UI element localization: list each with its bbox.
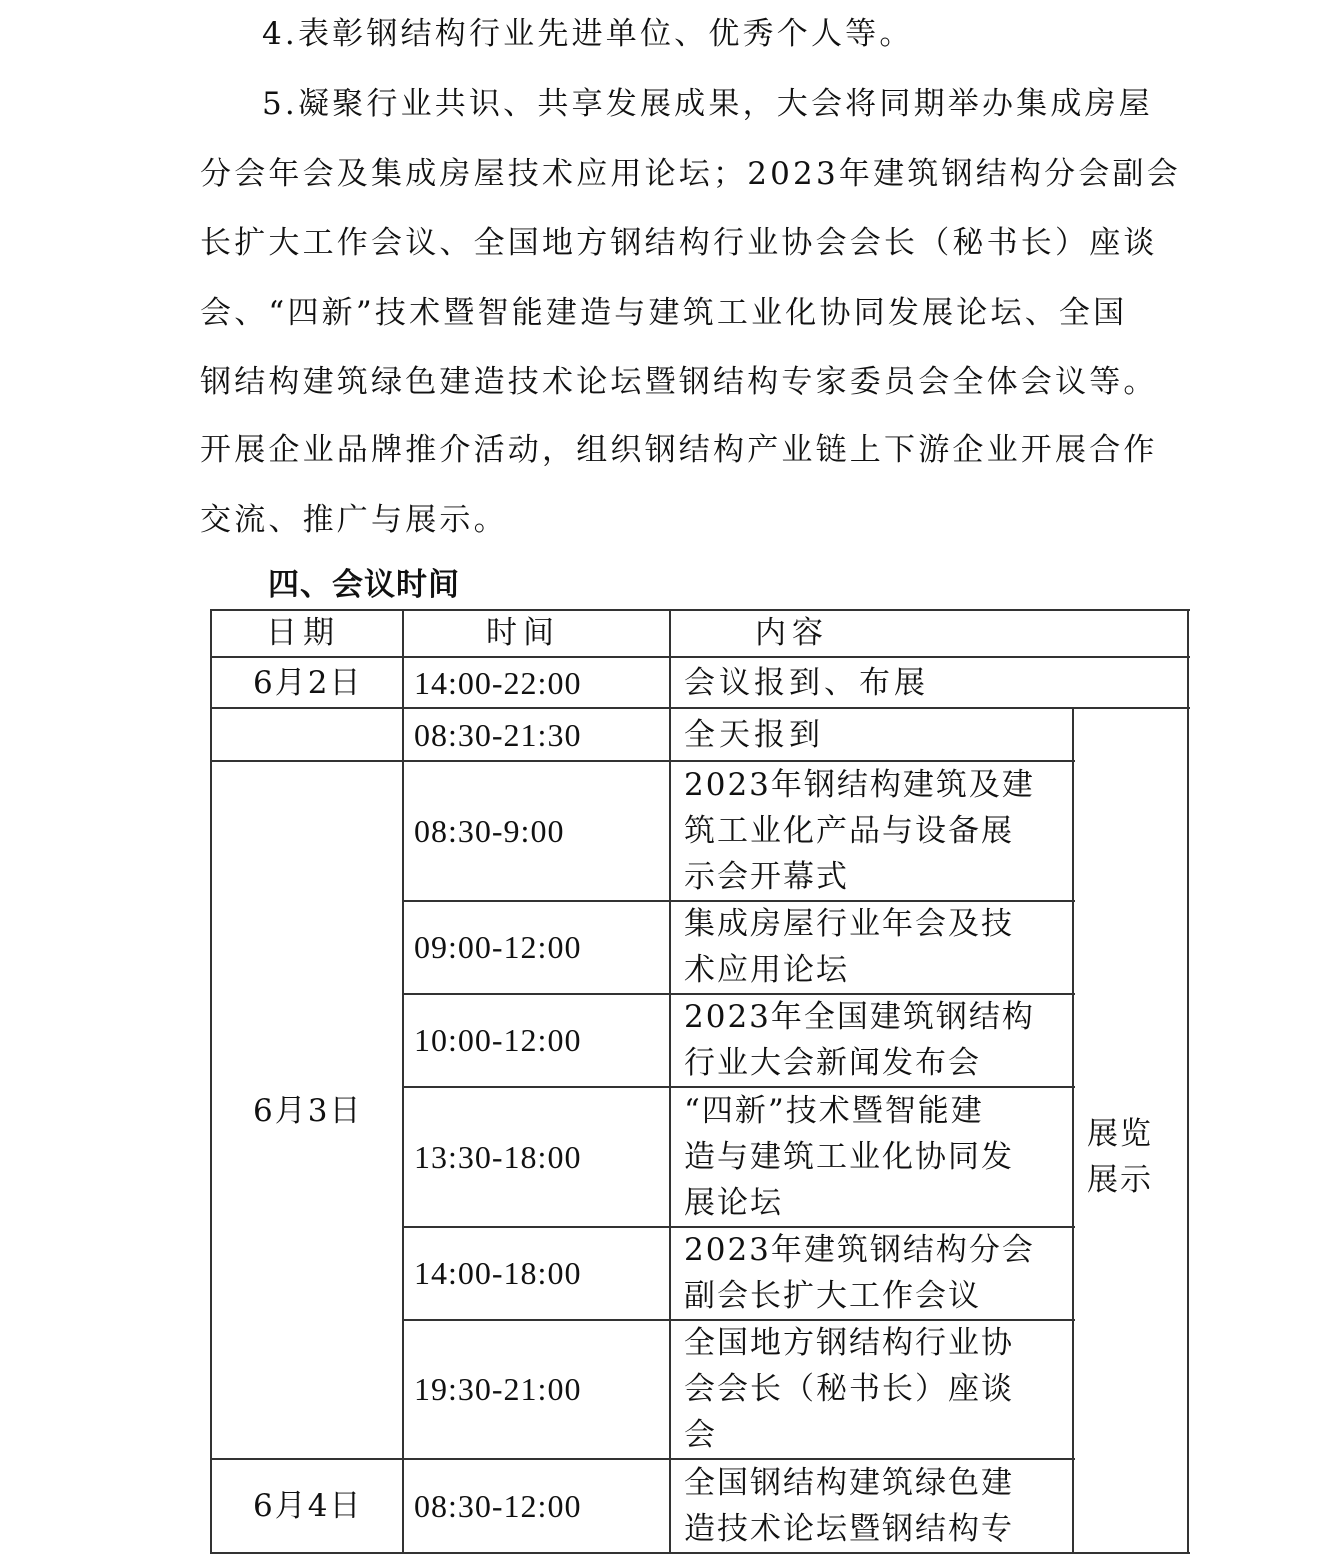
- row-content: 造技术论坛暨钢结构专: [684, 1506, 1014, 1552]
- row-content: 2023年建筑钢结构分会: [684, 1227, 1035, 1273]
- paragraph-item-5-line-7: 交流、推广与展示。: [200, 502, 508, 538]
- paragraph-item-5-line-5: 钢结构建筑绿色建造技术论坛暨钢结构专家委员会全体会议等。: [200, 364, 1158, 400]
- paragraph-item-5-line-1: 5.凝聚行业共识、共享发展成果，大会将同期举办集成房屋: [262, 86, 1153, 122]
- table-col-divider: [1072, 707, 1074, 1554]
- row-content: 会: [684, 1412, 717, 1458]
- side-note-display: 展示: [1087, 1157, 1153, 1203]
- row-content: 示会开幕式: [684, 854, 849, 900]
- header-date: 日期: [266, 610, 340, 656]
- row-content: 展论坛: [684, 1180, 783, 1226]
- row-content: “四新”技术暨智能建: [684, 1088, 984, 1134]
- table-rule: [211, 707, 1190, 709]
- table-border-left: [210, 609, 212, 1554]
- row-content: 全国地方钢结构行业协: [684, 1320, 1014, 1366]
- row-content: 筑工业化产品与设备展: [684, 808, 1014, 854]
- section-heading: 四、会议时间: [268, 566, 460, 604]
- row-time: 10:00-12:00: [414, 1017, 581, 1063]
- table-col-divider: [402, 609, 404, 1554]
- table-col-divider: [669, 609, 671, 1554]
- row-time: 08:30-12:00: [414, 1483, 581, 1529]
- table-rule: [211, 656, 1190, 658]
- row-date: 6月2日: [253, 660, 362, 706]
- paragraph-item-5-line-6: 开展企业品牌推介活动，组织钢结构产业链上下游企业开展合作: [200, 432, 1158, 468]
- paragraph-item-4: 4.表彰钢结构行业先进单位、优秀个人等。: [262, 16, 914, 52]
- row-time: 19:30-21:00: [414, 1366, 581, 1412]
- row-content: 2023年钢结构建筑及建: [684, 762, 1035, 808]
- row-time: 14:00-18:00: [414, 1250, 581, 1296]
- row-time: 08:30-21:30: [414, 712, 581, 758]
- row-content: 行业大会新闻发布会: [684, 1040, 981, 1086]
- row-content: 集成房屋行业年会及技: [684, 901, 1014, 947]
- row-content: 副会长扩大工作会议: [684, 1273, 981, 1319]
- paragraph-item-5-line-4: 会、“四新”技术暨智能建造与建筑工业化协同发展论坛、全国: [200, 295, 1127, 331]
- table-border-right: [1187, 609, 1189, 1554]
- row-time: 08:30-9:00: [414, 808, 564, 854]
- row-content: 造与建筑工业化协同发: [684, 1134, 1014, 1180]
- row-time: 13:30-18:00: [414, 1134, 581, 1180]
- row-content: 2023年全国建筑钢结构: [684, 994, 1035, 1040]
- row-time: 14:00-22:00: [414, 660, 581, 706]
- row-content: 全国钢结构建筑绿色建: [684, 1460, 1014, 1506]
- row-content: 术应用论坛: [684, 947, 849, 993]
- row-content: 全天报到: [684, 712, 824, 758]
- table-border-bottom: [211, 1552, 1190, 1554]
- table-border-top: [211, 609, 1190, 611]
- row-time: 09:00-12:00: [414, 924, 581, 970]
- paragraph-item-5-line-3: 长扩大工作会议、全国地方钢结构行业协会会长（秘书长）座谈: [200, 225, 1158, 261]
- row-content: 会会长（秘书长）座谈: [684, 1366, 1014, 1412]
- paragraph-item-5-line-2: 分会年会及集成房屋技术应用论坛；2023年建筑钢结构分会副会: [200, 156, 1181, 192]
- row-date: 6月4日: [253, 1483, 362, 1529]
- header-time: 时间: [486, 610, 560, 656]
- row-content: 会议报到、布展: [684, 660, 929, 706]
- side-note-exhibition: 展览: [1087, 1111, 1153, 1157]
- header-content: 内容: [755, 610, 829, 656]
- row-date: 6月3日: [253, 1088, 362, 1134]
